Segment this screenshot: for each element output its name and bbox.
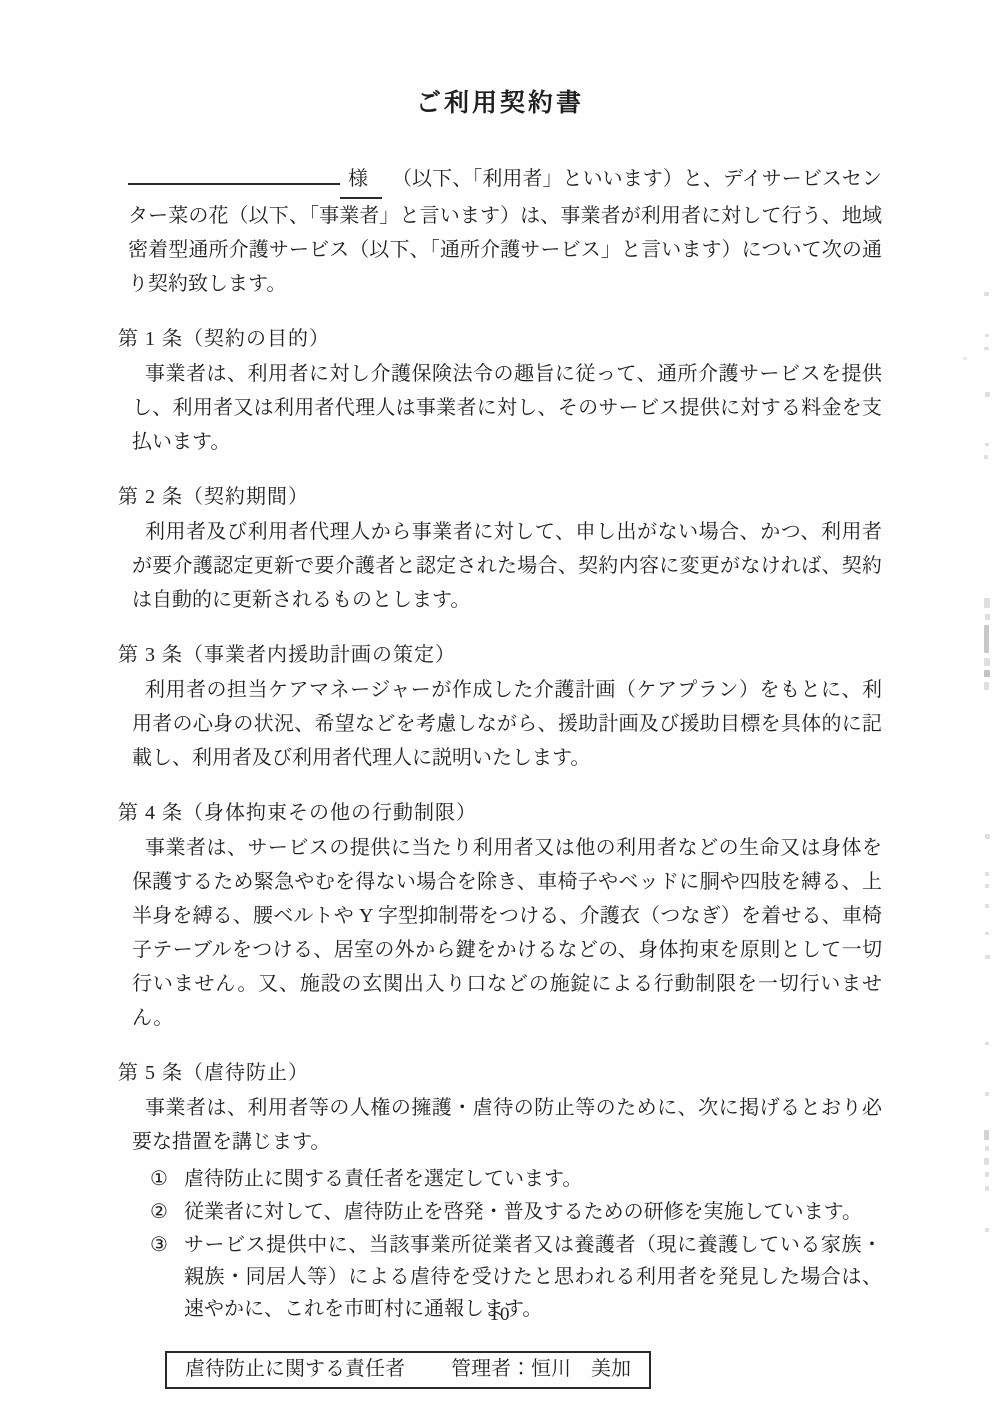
article-5-heading: 第 5 条（虐待防止） <box>118 1057 882 1089</box>
scan-artifact <box>985 443 989 446</box>
article-1-heading: 第 1 条（契約の目的） <box>118 323 882 355</box>
article-1-body: 事業者は、利用者に対し介護保険法令の趣旨に従って、通所介護サービスを提供し、利用… <box>132 357 882 459</box>
list-item: ①虐待防止に関する責任者を選定しています。 <box>150 1163 882 1195</box>
scan-artifact <box>985 1228 989 1232</box>
scan-artifact <box>985 334 989 337</box>
list-item-text: 従業者に対して、虐待防止を啓発・普及するための研修を実施しています。 <box>184 1201 862 1223</box>
scan-artifact <box>963 357 967 360</box>
article-3: 第 3 条（事業者内援助計画の策定） 利用者の担当ケアマネージャーが作成した介護… <box>118 639 882 775</box>
list-item: ②従業者に対して、虐待防止を啓発・普及するための研修を実施しています。 <box>150 1196 882 1228</box>
scan-artifact <box>985 955 990 959</box>
scan-artifact <box>985 614 990 620</box>
article-4-body: 事業者は、サービスの提供に当たり利用者又は他の利用者などの生命又は身体を保護する… <box>132 831 882 1035</box>
scan-artifact <box>985 1172 989 1177</box>
article-2-heading: 第 2 条（契約期間） <box>118 481 882 513</box>
preamble-paragraph: 様（以下、「利用者」といいます）と、デイサービスセンター菜の花（以下、「事業者」… <box>128 162 882 301</box>
circled-number-3: ③ <box>150 1229 168 1261</box>
circled-number-2: ② <box>150 1196 168 1228</box>
scan-artifact <box>985 884 989 888</box>
article-5: 第 5 条（虐待防止） 事業者は、利用者等の人権の擁護・虐待の防止等のために、次… <box>118 1057 882 1325</box>
scan-artifact <box>985 1042 989 1045</box>
article-4: 第 4 条（身体拘束その他の行動制限） 事業者は、サービスの提供に当たり利用者又… <box>118 797 882 1035</box>
scan-artifact <box>985 1146 989 1151</box>
scan-artifact <box>985 1092 989 1096</box>
article-2-body: 利用者及び利用者代理人から事業者に対して、申し出がない場合、かつ、利用者が要介護… <box>132 515 882 617</box>
scan-artifact <box>984 455 988 459</box>
scan-artifact <box>984 670 990 677</box>
scan-artifact <box>984 1158 989 1165</box>
scan-artifact <box>985 1186 989 1191</box>
abuse-prevention-officer-box: 虐待防止に関する責任者 管理者：恒川 美加 <box>165 1351 651 1389</box>
scan-artifact <box>984 1130 989 1140</box>
article-3-body: 利用者の担当ケアマネージャーが作成した介護計画（ケアプラン）をもとに、利用者の心… <box>132 673 882 775</box>
list-item-text: 虐待防止に関する責任者を選定しています。 <box>184 1168 582 1190</box>
article-2: 第 2 条（契約期間） 利用者及び利用者代理人から事業者に対して、申し出がない場… <box>118 481 882 617</box>
scan-artifact <box>984 682 989 690</box>
abuse-prevention-measures-list: ①虐待防止に関する責任者を選定しています。 ②従業者に対して、虐待防止を啓発・普… <box>150 1163 882 1325</box>
officer-box-value: 管理者：恒川 美加 <box>451 1356 631 1382</box>
scan-artifact <box>985 392 990 397</box>
article-1: 第 1 条（契約の目的） 事業者は、利用者に対し介護保険法令の趣旨に従って、通所… <box>118 323 882 459</box>
article-5-body: 事業者は、利用者等の人権の擁護・虐待の防止等のために、次に掲げるとおり必要な措置… <box>132 1091 882 1159</box>
circled-number-1: ① <box>150 1163 168 1195</box>
page-number: 10 <box>0 1304 1000 1326</box>
scan-artifact <box>984 598 990 608</box>
scan-artifact <box>985 872 989 876</box>
scan-artifact <box>985 834 990 839</box>
name-blank-field[interactable] <box>128 163 340 185</box>
contract-page: ご利用契約書 様（以下、「利用者」といいます）と、デイサービスセンター菜の花（以… <box>0 0 1000 1414</box>
preamble-text: （以下、「利用者」といいます）と、デイサービスセンター菜の花（以下、「事業者」と… <box>128 168 882 295</box>
scan-artifact <box>984 658 990 666</box>
article-4-heading: 第 4 条（身体拘束その他の行動制限） <box>118 797 882 829</box>
honorific-label: 様 <box>340 162 382 199</box>
article-3-heading: 第 3 条（事業者内援助計画の策定） <box>118 639 882 671</box>
scan-artifact <box>984 625 989 653</box>
scan-artifact <box>984 292 989 296</box>
scan-artifact <box>985 932 989 935</box>
officer-box-label: 虐待防止に関する責任者 <box>185 1356 405 1382</box>
scan-artifact <box>985 904 989 908</box>
page-title: ご利用契約書 <box>118 88 882 120</box>
scan-artifact <box>984 347 989 350</box>
